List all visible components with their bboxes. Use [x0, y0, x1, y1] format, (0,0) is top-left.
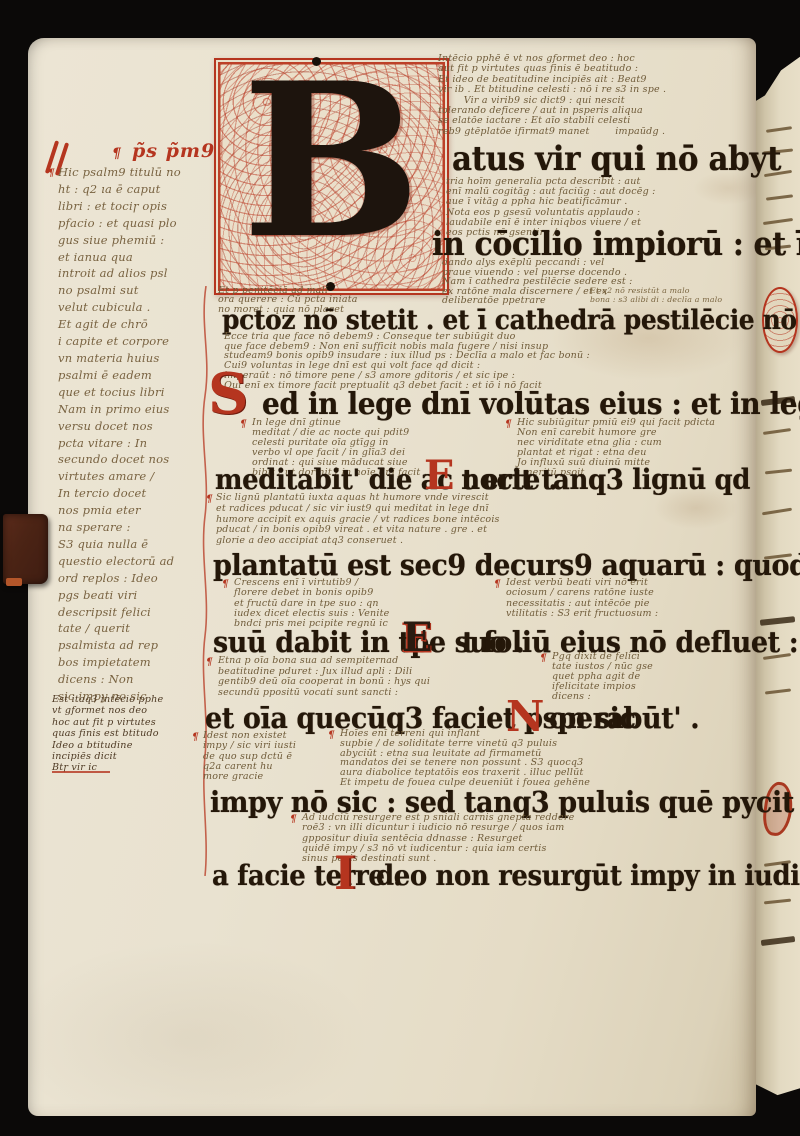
- gloss-after-v3: Ecce tria que face nō debem9 : Conseque …: [224, 332, 786, 390]
- gloss-v7-right: Pgq dixit de felici tate iustos / nūc gs…: [552, 652, 772, 702]
- gloss-v8-left: Idest non existet impy / sic viri iusti …: [203, 731, 338, 782]
- gloss-v6-left: Crescens enī ī virtutib9 / florere debet…: [234, 578, 484, 629]
- gloss-interlinear: Et q2 nō resistūt a malo bona : s3 alibi…: [590, 287, 790, 304]
- gloss-pilcrow: ¶: [222, 579, 228, 590]
- psalm-heading: p̃s p̃m9: [132, 140, 215, 162]
- gloss-after-v5: Sic lignū plantatū iuxta aquas ht humore…: [216, 493, 666, 547]
- rubric-initial-S: S: [208, 366, 248, 422]
- margin-gloss-block-1: Hic psalm9 titulū no ht : q2 ıa ē caput …: [58, 164, 216, 705]
- verse-ideo-non-resurgunt: deo non resurgūt impy in iudi /: [376, 860, 800, 892]
- bookmark-tab-edge: [6, 578, 22, 586]
- leather-bookmark-tab[interactable]: [3, 514, 48, 584]
- verse-beatus-vir: atus vir qui nō abyt: [452, 140, 781, 179]
- margin-pilcrow: ¶: [48, 168, 54, 179]
- rubric-initial-E: E: [424, 456, 455, 496]
- illuminated-initial-B: B: [224, 36, 439, 285]
- gloss-after-v9: Ad iudciū resurgere est p sniali carnis …: [302, 813, 762, 864]
- gloss-pilcrow: ¶: [505, 419, 511, 430]
- gloss-pilcrow: ¶: [494, 579, 500, 590]
- gloss-v8-right: Hoīes enī terreni qui inflant supbie / d…: [340, 729, 780, 788]
- gloss-pilcrow: ¶: [206, 494, 212, 505]
- illuminated-initial-panel: B: [214, 58, 449, 295]
- manuscript-photo: ¶ p̃s p̃m9 ¶ Hic psalm9 titulū no ht : q…: [0, 0, 800, 1136]
- verse-a-facie-terre: a facie terre .: [212, 860, 402, 892]
- gloss-pilcrow: ¶: [540, 653, 546, 664]
- gloss-intro: Intēcio pphē ē vt nos gformet deo : hoc …: [438, 54, 792, 137]
- rubric-initial-I: I: [334, 850, 356, 896]
- verse-et-erit: t erit tanq3 lignū qd: [462, 464, 750, 496]
- gloss-pilcrow: ¶: [240, 419, 246, 430]
- gloss-v7-left: Etna p oīa bona sua ad sempiternad beati…: [218, 656, 538, 698]
- gloss-pilcrow: ¶: [290, 814, 296, 825]
- gloss-v6-right: Idest verbū beati viri nō erit ociosum /…: [506, 578, 776, 619]
- decorated-initial-E: E: [402, 618, 433, 658]
- gloss-pilcrow: ¶: [192, 732, 198, 743]
- frame-dot: [312, 57, 321, 66]
- rubric-pilcrow: ¶: [112, 146, 121, 162]
- red-underline: [52, 771, 110, 773]
- gloss-pilcrow: ¶: [328, 730, 334, 741]
- gloss-pilcrow: ¶: [206, 657, 212, 668]
- margin-gloss-block-2: Est itaq3 intēcio pphe vt gformet nos de…: [52, 694, 212, 774]
